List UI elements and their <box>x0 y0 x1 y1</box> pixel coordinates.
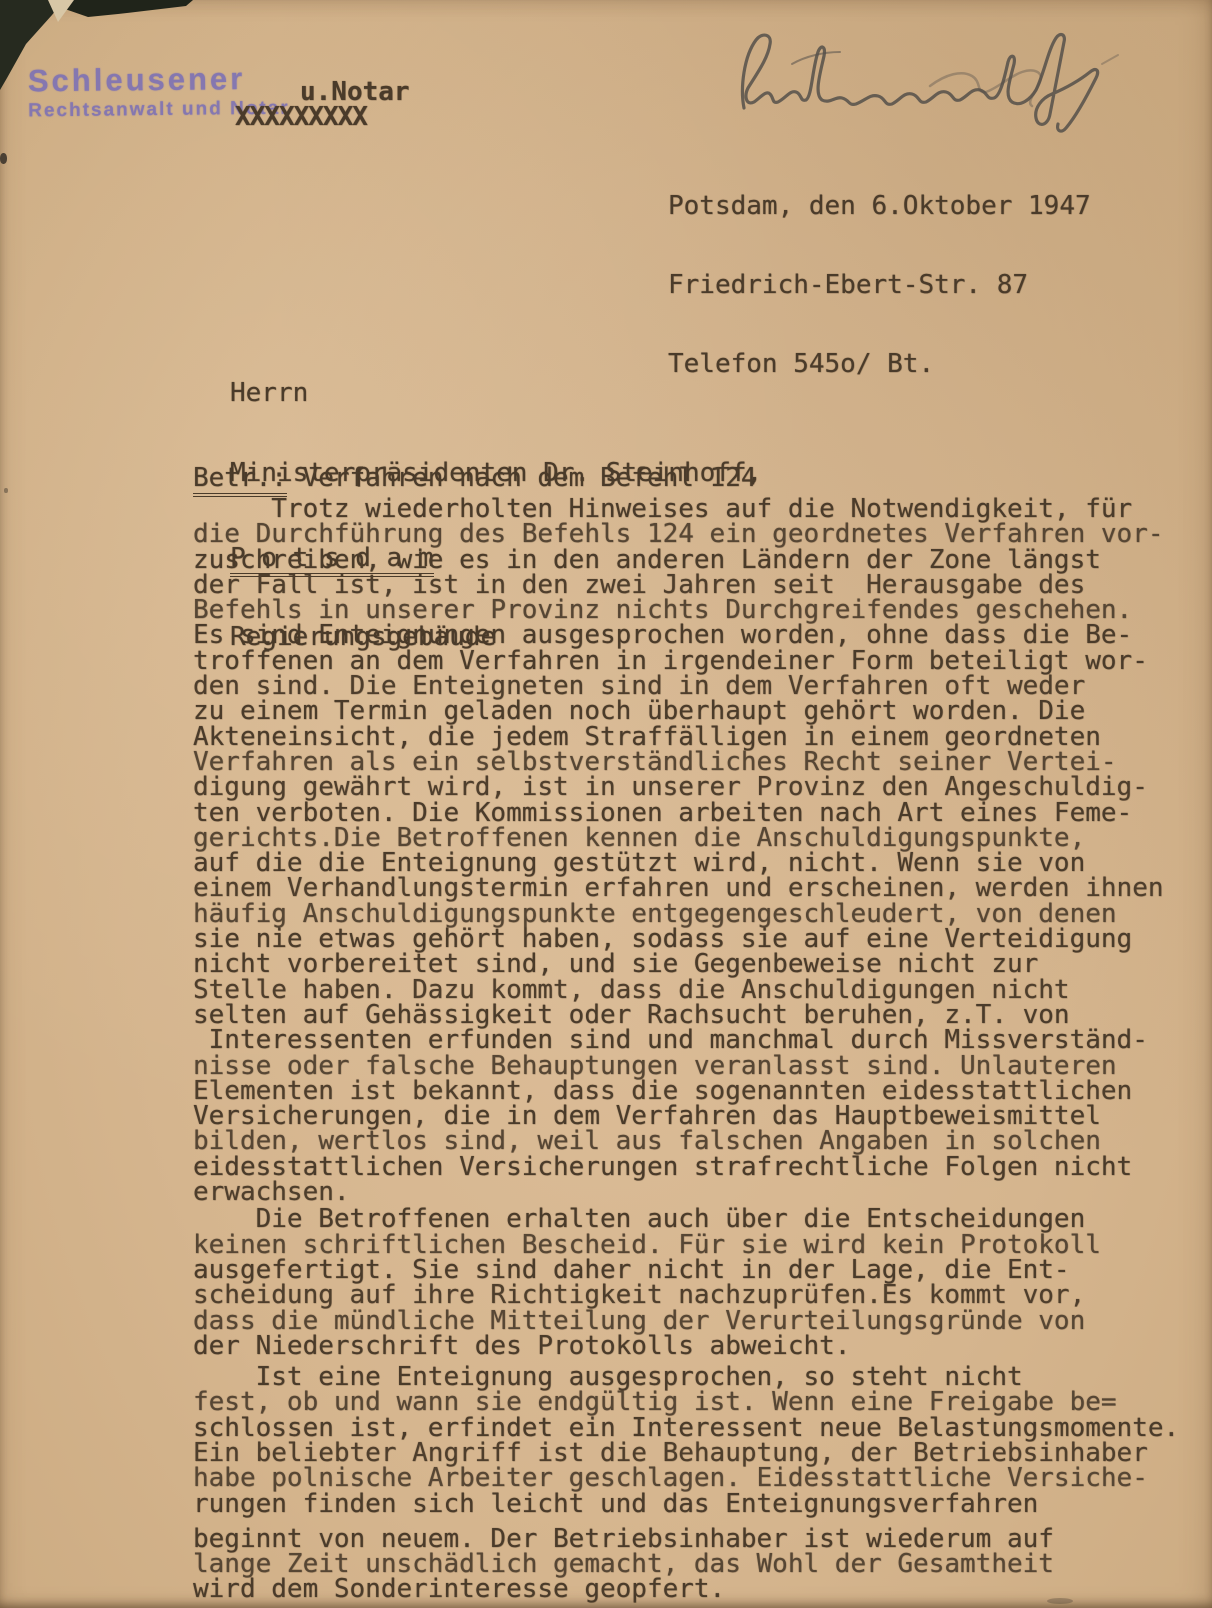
body-line: Die Betroffenen erhalten auch über die E… <box>193 1207 1183 1232</box>
body-line: wird dem Sonderinteresse geopfert. <box>193 1577 1183 1602</box>
paragraph: beginnt von neuem. Der Betriebsinhaber i… <box>193 1527 1183 1603</box>
body-line: die Durchführung des Befehls 124 ein geo… <box>193 522 1183 547</box>
body-line: habe polnische Arbeiter geschlagen. Eide… <box>193 1466 1183 1491</box>
subject-line: Betr.: Verfahren nach dem Befehl 124 <box>193 466 757 491</box>
body-line: einem Verhandlungstermin erfahren und er… <box>193 876 1183 901</box>
paper-speck <box>4 488 8 493</box>
handwritten-annotation <box>700 10 1120 140</box>
body-line: fest, ob und wann sie endgültig ist. Wen… <box>193 1390 1183 1415</box>
body-line: digung gewährt wird, ist in unserer Prov… <box>193 775 1183 800</box>
letter-body: Trotz wiederholten Hinweises auf die Not… <box>193 497 1183 1603</box>
body-line: scheidung auf ihre Richtigkeit nachzuprü… <box>193 1283 1183 1308</box>
paper-speck <box>0 153 7 164</box>
subject-label: Betr.: <box>193 463 287 497</box>
body-line: bilden, wertlos sind, weil aus falschen … <box>193 1129 1183 1154</box>
body-line: Interessenten erfunden sind und manchmal… <box>193 1028 1183 1053</box>
paragraph: Die Betroffenen erhalten auch über die E… <box>193 1207 1183 1359</box>
subject-text: Verfahren nach dem Befehl 124 <box>287 463 757 493</box>
body-line: dass die mündliche Mitteilung der Verurt… <box>193 1309 1183 1334</box>
body-line: rungen finden sich leicht und das Enteig… <box>193 1492 1183 1517</box>
paragraph: Trotz wiederholten Hinweises auf die Not… <box>193 497 1183 1205</box>
body-line: erwachsen. <box>193 1180 1183 1205</box>
date-line: Potsdam, den 6.Oktober 1947 <box>668 192 1091 221</box>
stamp-name: Schleusener <box>28 61 290 100</box>
typed-strikeout: XXXXXXXXX <box>235 105 367 130</box>
scanned-letter-page: Schleusener Rechtsanwalt und Notar XXXXX… <box>0 0 1212 1608</box>
body-line: Es sind Enteignungen ausgesprochen worde… <box>193 623 1183 648</box>
typed-notar-suffix: u.Notar <box>300 80 410 105</box>
body-line: der Niederschrift des Protokolls abweich… <box>193 1334 1183 1359</box>
street-line: Friedrich-Ebert-Str. 87 <box>668 271 1091 300</box>
recipient-salutation: Herrn <box>230 378 762 408</box>
paragraph: Ist eine Enteignung ausgesprochen, so st… <box>193 1365 1183 1517</box>
body-line: zu einem Termin geladen noch überhaupt g… <box>193 699 1183 724</box>
body-line: nicht vorbereitet sind, und sie Gegenbew… <box>193 952 1183 977</box>
